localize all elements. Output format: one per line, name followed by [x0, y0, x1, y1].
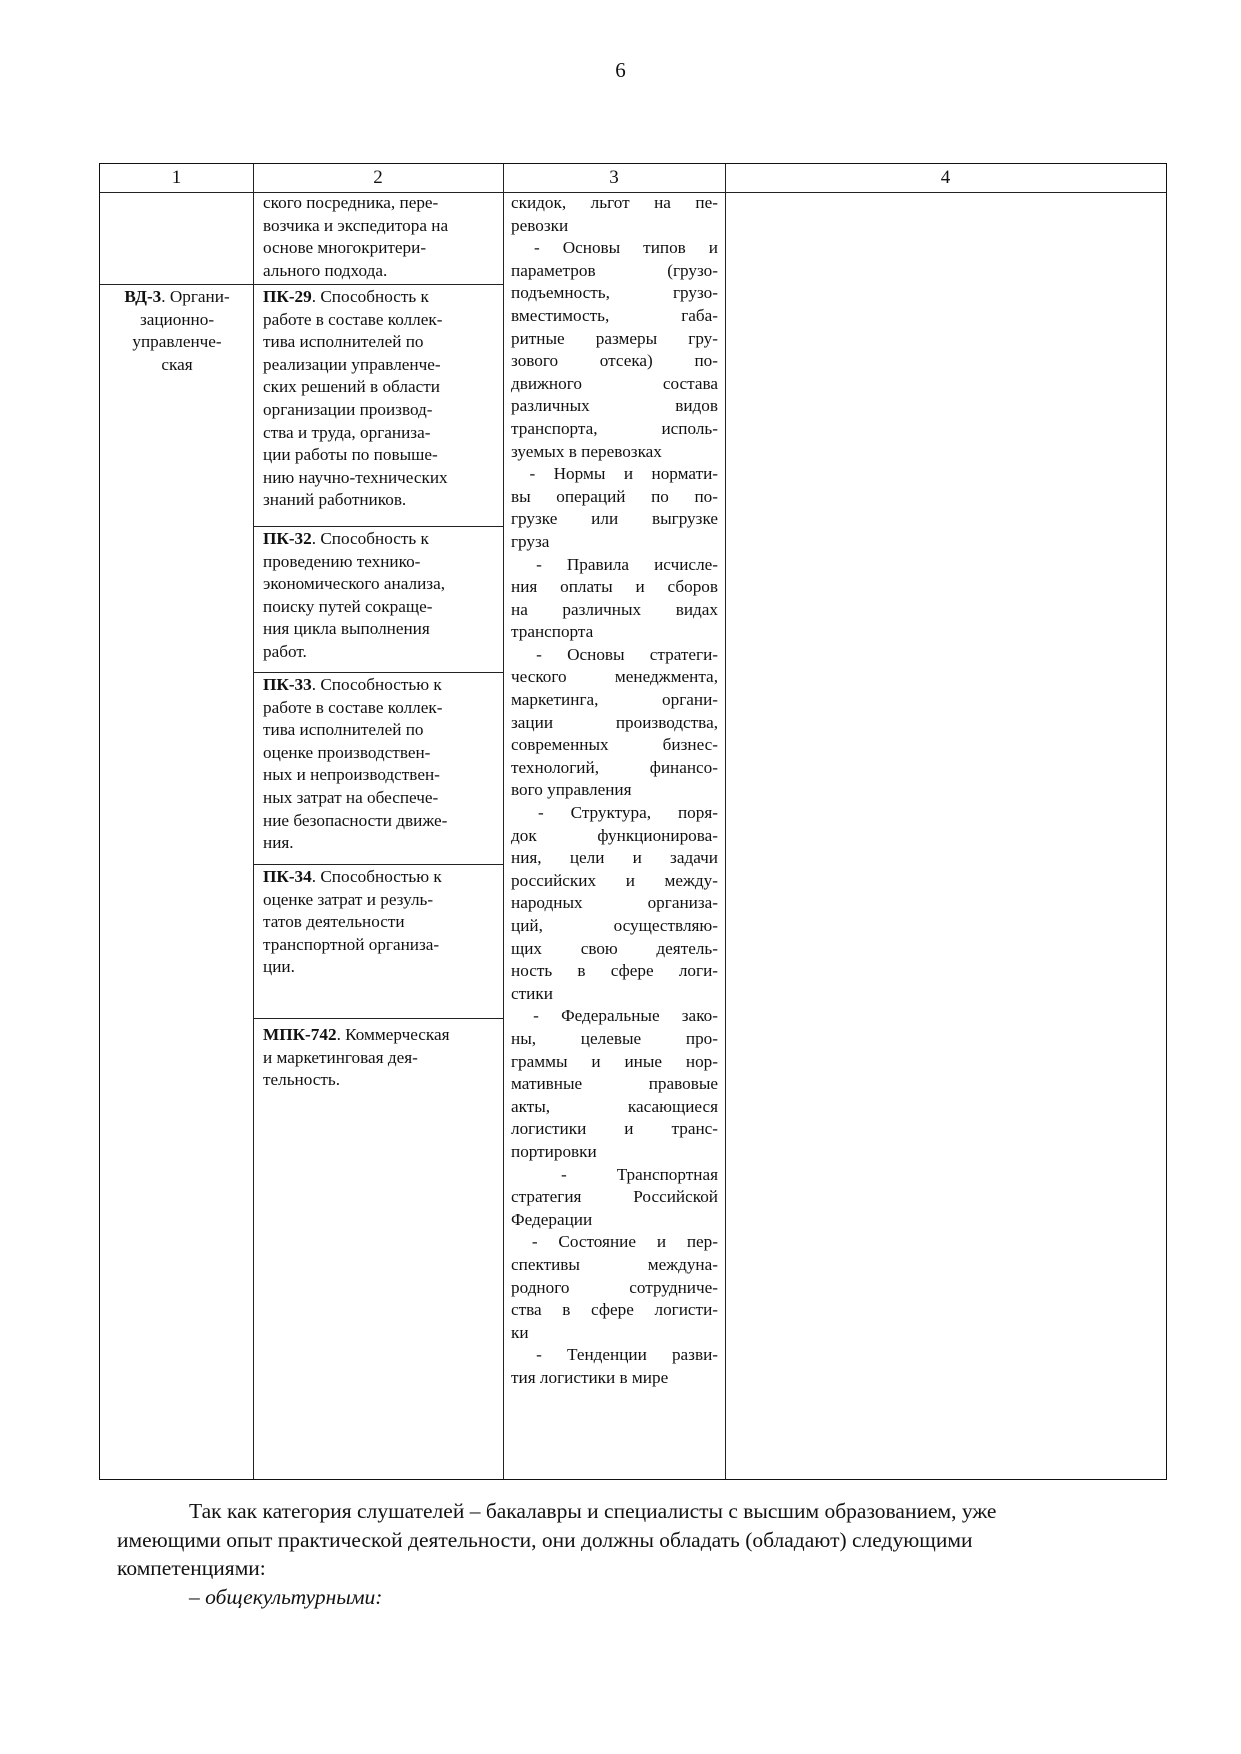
text-line: Федерации — [511, 1209, 718, 1232]
text-line: портировки — [511, 1141, 718, 1164]
competency-heading: ПК-34. Способностью к — [263, 866, 498, 889]
text-line: грузке или выгрузке — [511, 508, 718, 531]
text-line: мативные правовые — [511, 1073, 718, 1096]
text-line: - Транспортная — [511, 1164, 718, 1187]
text-line: и маркетинговая дея- — [263, 1047, 498, 1070]
text-line: логистики и транс- — [511, 1118, 718, 1141]
text-line: док функционирова- — [511, 825, 718, 848]
row-divider — [253, 526, 503, 527]
competency-code: ПК-32 — [263, 529, 312, 548]
text-line: - Состояние и пер- — [511, 1231, 718, 1254]
activity-text: управленче- — [102, 331, 252, 354]
competency-heading: ПК-29. Способность к — [263, 286, 498, 309]
header-col-3: 3 — [503, 164, 725, 192]
text-line: работе в составе коллек- — [263, 697, 498, 720]
text-line: зации производства, — [511, 712, 718, 735]
text-line: - Нормы и нормати- — [511, 463, 718, 486]
text-line: - Основы стратеги- — [511, 644, 718, 667]
text-line: на различных видах — [511, 599, 718, 622]
text-line: ки — [511, 1322, 718, 1345]
row-divider — [253, 1018, 503, 1019]
paragraph-line: компетенциями: — [117, 1554, 1127, 1583]
row-divider — [100, 284, 503, 285]
text-line: ния, цели и задачи — [511, 847, 718, 870]
text-line: щих свою деятель- — [511, 938, 718, 961]
text-line: - Основы типов и — [511, 237, 718, 260]
text-line: поиску путей сокраще- — [263, 596, 498, 619]
text-line: ции. — [263, 956, 498, 979]
activity-code: ВД-3 — [124, 287, 161, 306]
text-line: работ. — [263, 641, 498, 664]
text-line: вместимость, габа- — [511, 305, 718, 328]
activity-text: зационно- — [102, 309, 252, 332]
text-line: народных организа- — [511, 892, 718, 915]
paragraph-line: Так как категория слушателей – бакалавры… — [117, 1497, 1127, 1526]
text-line: тельность. — [263, 1069, 498, 1092]
competency-code: МПК-742 — [263, 1025, 337, 1044]
text-line: транспорта — [511, 621, 718, 644]
text-line: ции работы по повыше- — [263, 444, 498, 467]
list-item-general-cultural: – общекультурными: — [117, 1583, 1127, 1612]
text-line: экономического анализа, — [263, 573, 498, 596]
text-line: подъемность, грузо- — [511, 282, 718, 305]
activity-text: ская — [102, 354, 252, 377]
text-line: основе многокритери- — [263, 237, 498, 260]
text-line: стратегия Российской — [511, 1186, 718, 1209]
text-line: технологий, финансо- — [511, 757, 718, 780]
activity-type-cell: ВД-3. Органи- зационно- управленче- ская — [102, 286, 252, 376]
text-line: маркетинга, органи- — [511, 689, 718, 712]
text-line: тия логистики в мире — [511, 1367, 718, 1390]
body-paragraph: Так как категория слушателей – бакалавры… — [117, 1497, 1127, 1611]
col-divider — [725, 164, 726, 1479]
text-line: ных и непроизводствен- — [263, 764, 498, 787]
text-line: зового отсека) по- — [511, 350, 718, 373]
competency-pk-32: ПК-32. Способность кпроведению технико-э… — [263, 528, 498, 664]
text-line: вы операций по по- — [511, 486, 718, 509]
text-line: ны, целевые про- — [511, 1028, 718, 1051]
text-line: скидок, льгот на пе- — [511, 192, 718, 215]
text-line: ства в сфере логисти- — [511, 1299, 718, 1322]
activity-text: . Органи- — [161, 287, 229, 306]
knowledge-cell: скидок, льгот на пе-ревозки - Основы тип… — [511, 192, 718, 1389]
text-line: тива исполнителей по — [263, 331, 498, 354]
text-line: - Федеральные зако- — [511, 1005, 718, 1028]
text-line: проведению технико- — [263, 551, 498, 574]
text-line: - Структура, поря- — [511, 802, 718, 825]
text-line: нию научно-технических — [263, 467, 498, 490]
text-line: спективы междуна- — [511, 1254, 718, 1277]
text-line: граммы и иные нор- — [511, 1051, 718, 1074]
row-divider — [253, 864, 503, 865]
text-line: вого управления — [511, 779, 718, 802]
text-line: стики — [511, 983, 718, 1006]
text-line: современных бизнес- — [511, 734, 718, 757]
competency-table: 1 2 3 4 ского посредника, пере-возчика и… — [99, 163, 1167, 1480]
text-line: ревозки — [511, 215, 718, 238]
text-line: ния оплаты и сборов — [511, 576, 718, 599]
row-divider — [253, 672, 503, 673]
col-divider — [253, 164, 254, 1479]
header-col-1: 1 — [100, 164, 253, 192]
competency-code: ПК-29 — [263, 287, 312, 306]
text-line: родного сотрудниче- — [511, 1277, 718, 1300]
text-line: - Тенденции разви- — [511, 1344, 718, 1367]
competency-mpk-742: МПК-742. Коммерческаяи маркетинговая дея… — [263, 1024, 498, 1092]
text-line: возчика и экспедитора на — [263, 215, 498, 238]
header-col-2: 2 — [253, 164, 503, 192]
text-line: ального подхода. — [263, 260, 498, 283]
competency-pk-33: ПК-33. Способностью кработе в составе ко… — [263, 674, 498, 855]
text-line: знаний работников. — [263, 489, 498, 512]
text-line: груза — [511, 531, 718, 554]
text-line: ства и труда, организа- — [263, 422, 498, 445]
competency-heading: ПК-32. Способность к — [263, 528, 498, 551]
competency-pk-34: ПК-34. Способностью коценке затрат и рез… — [263, 866, 498, 979]
text-line: оценке затрат и резуль- — [263, 889, 498, 912]
text-line: ций, осуществляю- — [511, 915, 718, 938]
text-line: ность в сфере логи- — [511, 960, 718, 983]
text-line: ния цикла выполнения — [263, 618, 498, 641]
text-line: ского посредника, пере- — [263, 192, 498, 215]
text-line: ных затрат на обеспече- — [263, 787, 498, 810]
text-line: параметров (грузо- — [511, 260, 718, 283]
text-line: тива исполнителей по — [263, 719, 498, 742]
competency-code: ПК-34 — [263, 867, 312, 886]
text-line: ния. — [263, 832, 498, 855]
text-line: оценке производствен- — [263, 742, 498, 765]
text-line: акты, касающиеся — [511, 1096, 718, 1119]
col-divider — [503, 164, 504, 1479]
text-line: транспорта, исполь- — [511, 418, 718, 441]
text-line: движного состава — [511, 373, 718, 396]
text-line: российских и между- — [511, 870, 718, 893]
page-number: 6 — [0, 58, 1241, 83]
text-line: ритные размеры гру- — [511, 328, 718, 351]
competency-heading: ПК-33. Способностью к — [263, 674, 498, 697]
text-line: зуемых в перевозках — [511, 441, 718, 464]
text-line: организации производ- — [263, 399, 498, 422]
competency-pk-29: ПК-29. Способность кработе в составе кол… — [263, 286, 498, 512]
text-line: ние безопасности движе- — [263, 810, 498, 833]
header-col-4: 4 — [725, 164, 1166, 192]
competency-code: ПК-33 — [263, 675, 312, 694]
competency-continuation: ского посредника, пере-возчика и экспеди… — [263, 192, 498, 282]
text-line: транспортной организа- — [263, 934, 498, 957]
text-line: ских решений в области — [263, 376, 498, 399]
competency-heading: МПК-742. Коммерческая — [263, 1024, 498, 1047]
text-line: работе в составе коллек- — [263, 309, 498, 332]
text-line: ческого менеджмента, — [511, 666, 718, 689]
text-line: - Правила исчисле- — [511, 554, 718, 577]
text-line: различных видов — [511, 395, 718, 418]
paragraph-line: имеющими опыт практической деятельности,… — [117, 1526, 1127, 1555]
text-line: реализации управленче- — [263, 354, 498, 377]
text-line: татов деятельности — [263, 911, 498, 934]
